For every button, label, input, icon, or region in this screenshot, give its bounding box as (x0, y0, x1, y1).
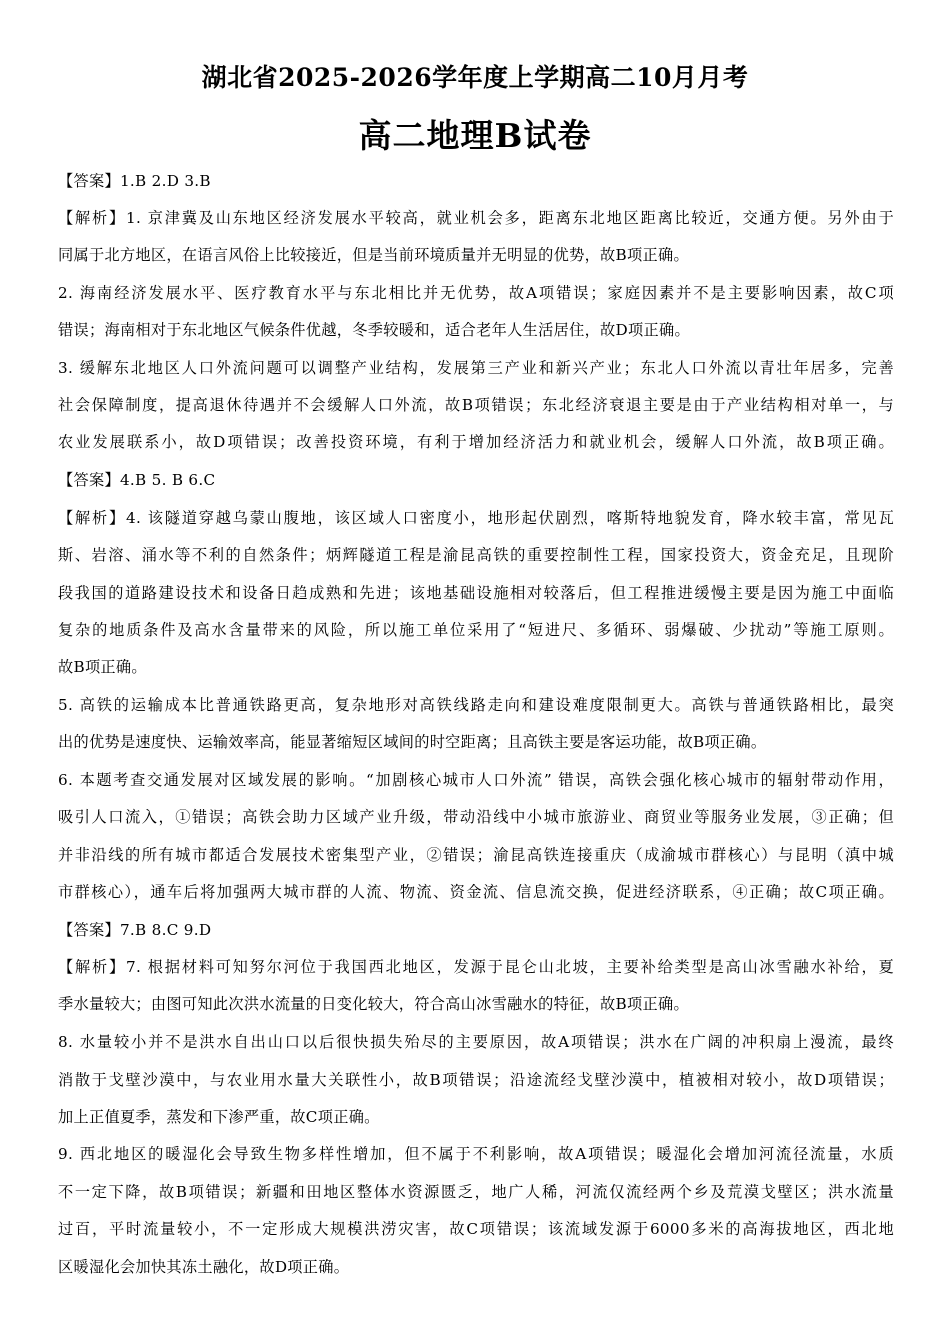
text-line: 不一定下降，故B项错误；新疆和田地区整体水资源匮乏，地广人稀，河流仅流经两个乡及… (58, 1182, 894, 1202)
text-line: 3. 缓解东北地区人口外流问题可以调整产业结构，发展第三产业和新兴产业；东北人口… (58, 358, 894, 378)
text-line: 8. 水量较小并不是洪水自出山口以后很快损失殆尽的主要原因，故A项错误；洪水在广… (58, 1032, 894, 1052)
text-line: 【解析】4. 该隧道穿越乌蒙山腹地，该区域人口密度小，地形起伏剧烈，喀斯特地貌发… (58, 508, 894, 528)
text-line: 农业发展联系小，故D项错误；改善投资环境，有利于增加经济活力和就业机会，缓解人口… (58, 432, 894, 452)
text-line: 5. 高铁的运输成本比普通铁路更高，复杂地形对高铁线路走向和建设难度限制更大。高… (58, 695, 894, 715)
text-line: 并非沿线的所有城市都适合发展技术密集型产业，②错误；渝昆高铁连接重庆（成渝城市群… (58, 845, 894, 865)
text-line: 【解析】1. 京津冀及山东地区经济发展水平较高，就业机会多，距离东北地区距离比较… (58, 208, 894, 228)
text-line: 6. 本题考查交通发展对区域发展的影响。“加剧核心城市人口外流” 错误，高铁会强… (58, 770, 894, 790)
text-line: 过百，平时流量较小，不一定形成大规模洪涝灾害，故C项错误；该流域发源于6000多… (58, 1219, 894, 1239)
text-line: 吸引人口流入，①错误；高铁会助力区域产业升级，带动沿线中小城市旅游业、商贸业等服… (58, 807, 894, 827)
exam-subject-title: 高二地理B试卷 (0, 110, 950, 157)
text-line: 加上正值夏季，蒸发和下渗严重，故C项正确。 (58, 1107, 894, 1127)
text-line: 市群核心），通车后将加强两大城市群的人流、物流、资金流、信息流交换，促进经济联系… (58, 882, 894, 902)
exam-header-title: 湖北省2025-2026学年度上学期高二10月月考 (0, 58, 950, 94)
document-page: 湖北省2025-2026学年度上学期高二10月月考 高二地理B试卷 【答案】1.… (0, 0, 950, 1344)
text-line: 故B项正确。 (58, 657, 894, 677)
text-line: 错误；海南相对于东北地区气候条件优越，冬季较暖和，适合老年人生活居住，故D项正确… (58, 320, 894, 340)
text-line: 消散于戈壁沙漠中，与农业用水量大关联性小，故B项错误；沿途流经戈壁沙漠中，植被相… (58, 1070, 894, 1090)
text-line: 2. 海南经济发展水平、医疗教育水平与东北相比并无优势，故A项错误；家庭因素并不… (58, 283, 894, 303)
text-line: 复杂的地质条件及高水含量带来的风险，所以施工单位采用了“短进尺、多循环、弱爆破、… (58, 620, 894, 640)
text-line: 斯、岩溶、涌水等不利的自然条件；炳辉隧道工程是渝昆高铁的重要控制性工程，国家投资… (58, 545, 894, 565)
text-line: 9. 西北地区的暖湿化会导致生物多样性增加，但不属于不利影响，故A项错误；暖湿化… (58, 1144, 894, 1164)
text-line: 【解析】7. 根据材料可知努尔河位于我国西北地区，发源于昆仑山北坡，主要补给类型… (58, 957, 894, 977)
text-line: 【答案】1.B 2.D 3.B (58, 171, 894, 191)
text-line: 【答案】7.B 8.C 9.D (58, 920, 894, 940)
text-line: 区暖湿化会加快其冻土融化，故D项正确。 (58, 1257, 894, 1277)
text-line: 段我国的道路建设技术和设备日趋成熟和先进；该地基础设施相对较落后，但工程推进缓慢… (58, 583, 894, 603)
text-line: 同属于北方地区，在语言风俗上比较接近，但是当前环境质量并无明显的优势，故B项正确… (58, 245, 894, 265)
text-line: 【答案】4.B 5. B 6.C (58, 470, 894, 490)
text-line: 季水量较大；由图可知此次洪水流量的日变化较大，符合高山冰雪融水的特征，故B项正确… (58, 994, 894, 1014)
text-line: 出的优势是速度快、运输效率高，能显著缩短区域间的时空距离；且高铁主要是客运功能，… (58, 732, 894, 752)
text-line: 社会保障制度，提高退休待遇并不会缓解人口外流，故B项错误；东北经济衰退主要是由于… (58, 395, 894, 415)
